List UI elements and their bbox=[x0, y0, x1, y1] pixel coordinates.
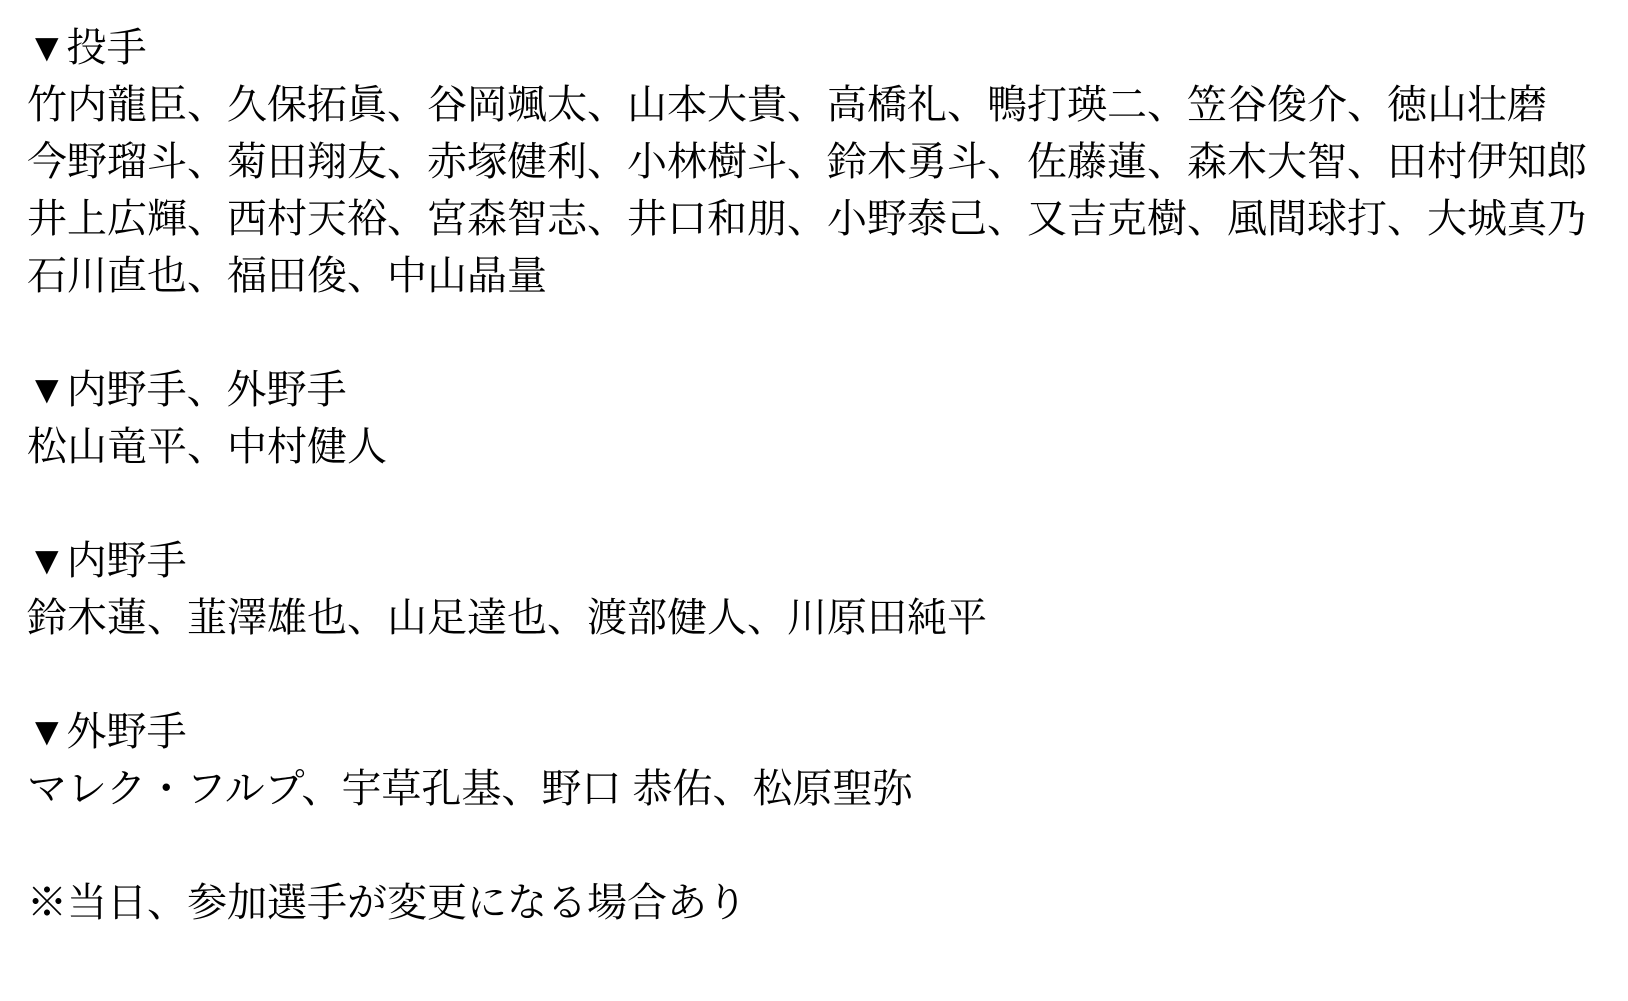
infielders-names-line: 鈴木蓮、韮澤雄也、山足達也、渡部健人、川原田純平 bbox=[27, 590, 1608, 647]
outfielders-names-line: マレク・フルプ、宇草孔基、野口 恭佑、松原聖弥 bbox=[27, 761, 1608, 818]
pitchers-names-line-4: 石川直也、福田俊、中山晶量 bbox=[27, 248, 1608, 305]
pitchers-names-line-1: 竹内龍臣、久保拓眞、谷岡颯太、山本大貴、高橋礼、鴨打瑛二、笠谷俊介、徳山壮磨 bbox=[27, 77, 1608, 134]
blank-line bbox=[27, 647, 1608, 704]
section-outfielders: ▼外野手 マレク・フルプ、宇草孔基、野口 恭佑、松原聖弥 bbox=[27, 704, 1608, 818]
infielders-outfielders-names-line: 松山竜平、中村健人 bbox=[27, 419, 1608, 476]
blank-line bbox=[27, 818, 1608, 875]
section-outfielders-heading: ▼外野手 bbox=[27, 704, 1608, 761]
section-infielders-outfielders: ▼内野手、外野手 松山竜平、中村健人 bbox=[27, 362, 1608, 476]
section-pitchers: ▼投手 竹内龍臣、久保拓眞、谷岡颯太、山本大貴、高橋礼、鴨打瑛二、笠谷俊介、徳山… bbox=[27, 20, 1608, 305]
pitchers-names-line-3: 井上広輝、西村天裕、宮森智志、井口和朋、小野泰己、又吉克樹、風間球打、大城真乃 bbox=[27, 191, 1608, 248]
footnote: ※当日、参加選手が変更になる場合あり bbox=[27, 875, 1608, 932]
blank-line bbox=[27, 305, 1608, 362]
pitchers-names-line-2: 今野瑠斗、菊田翔友、赤塚健利、小林樹斗、鈴木勇斗、佐藤蓮、森木大智、田村伊知郎 bbox=[27, 134, 1608, 191]
blank-line bbox=[27, 476, 1608, 533]
section-pitchers-heading: ▼投手 bbox=[27, 20, 1608, 77]
section-infielders-heading: ▼内野手 bbox=[27, 533, 1608, 590]
section-infielders: ▼内野手 鈴木蓮、韮澤雄也、山足達也、渡部健人、川原田純平 bbox=[27, 533, 1608, 647]
player-roster-page: ▼投手 竹内龍臣、久保拓眞、谷岡颯太、山本大貴、高橋礼、鴨打瑛二、笠谷俊介、徳山… bbox=[0, 0, 1628, 1001]
section-infielders-outfielders-heading: ▼内野手、外野手 bbox=[27, 362, 1608, 419]
